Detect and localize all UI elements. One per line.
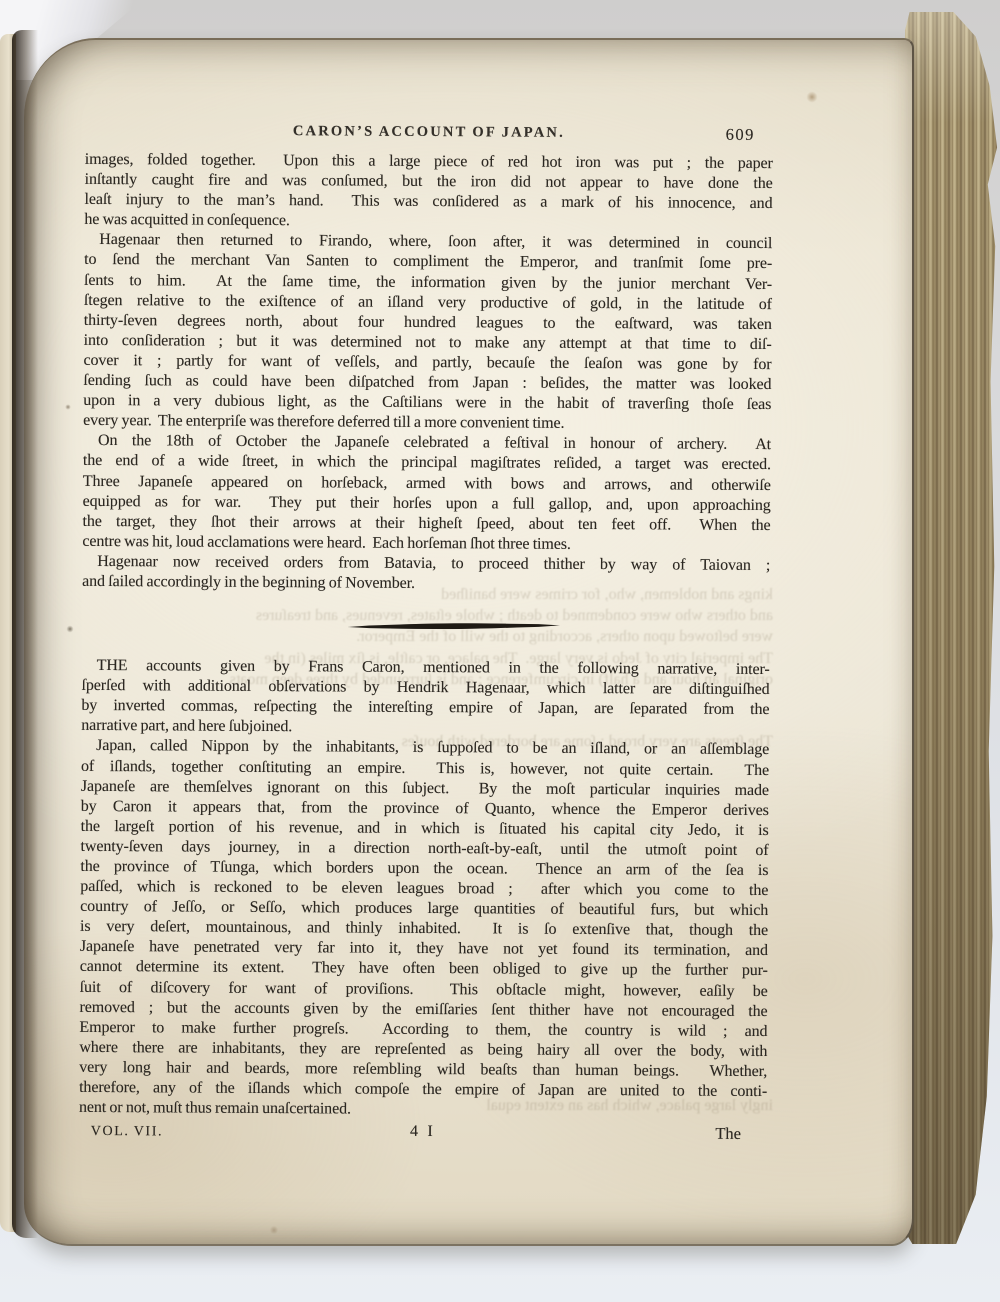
signature-mark: 4 I xyxy=(410,1122,436,1142)
section-divider xyxy=(82,592,770,660)
body-text: images, folded together. Upon this a lar… xyxy=(79,150,773,1122)
book-page: CARON’S ACCOUNT OF JAPAN. 609 images, fo… xyxy=(24,38,914,1246)
paragraph: Hagenaar then returned to Firando, where… xyxy=(83,230,772,435)
page-number: 609 xyxy=(726,125,755,145)
fore-edge-page-stack xyxy=(905,12,998,1244)
page-gutter-shadow xyxy=(12,30,38,1238)
running-title: CARON’S ACCOUNT OF JAPAN. xyxy=(85,120,773,144)
text-line: and ſailed accordingly in the beginning … xyxy=(82,572,770,596)
paragraph: THE accounts given by Frans Caron, menti… xyxy=(81,656,769,741)
text-line: nent or not, muſt thus remain unaſcertai… xyxy=(79,1098,767,1122)
text-block: CARON’S ACCOUNT OF JAPAN. 609 images, fo… xyxy=(79,120,773,1146)
paragraph: Hagenaar now received orders from Batavi… xyxy=(82,552,770,596)
paragraph: Japan, called Nippon by the inhabitants,… xyxy=(79,736,769,1122)
paragraph: On the 18th of October the Japaneſe cele… xyxy=(82,431,771,556)
paragraph: images, folded together. Upon this a lar… xyxy=(84,150,772,235)
swelled-rule xyxy=(348,622,560,630)
page-header: CARON’S ACCOUNT OF JAPAN. 609 xyxy=(85,120,773,154)
page-footer: VOL. VII. 4 I The xyxy=(79,1120,767,1146)
catchword: The xyxy=(715,1124,740,1144)
photo-background: { "page": { "header": { "title": "CARON\… xyxy=(0,0,1000,1302)
volume-label: VOL. VII. xyxy=(91,1122,163,1143)
